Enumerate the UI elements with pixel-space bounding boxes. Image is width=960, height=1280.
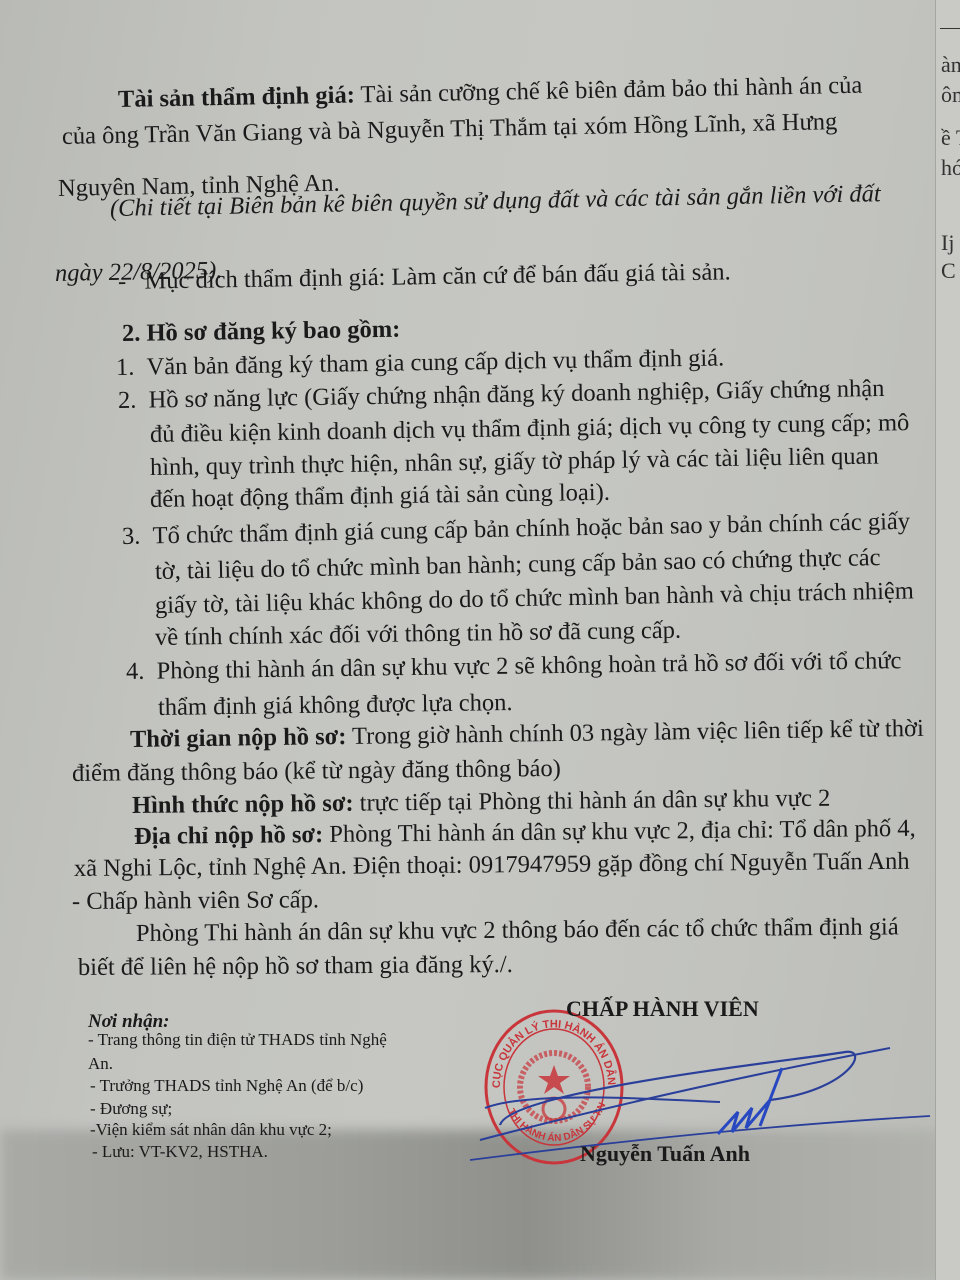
dossier-item-2-line-2: đủ điều kiện kinh doanh dịch vụ thẩm địn…	[150, 411, 910, 447]
submission-address-text: Phòng Thi hành án dân sự khu vực 2, địa …	[323, 815, 916, 848]
recipient-5: - Lưu: VT-KV2, HSTHA.	[92, 1143, 268, 1160]
recipient-1b: An.	[88, 1055, 113, 1072]
item-number: 2.	[118, 387, 137, 414]
signer-name: Nguyễn Tuấn Anh	[580, 1143, 750, 1165]
closing-line-1: Phòng Thi hành án dân sự khu vực 2 thông…	[136, 915, 899, 946]
signature-title: CHẤP HÀNH VIÊN	[566, 998, 759, 1020]
asset-line-2: của ông Trần Văn Giang và bà Nguyễn Thị …	[62, 110, 838, 149]
recipient-2: - Trưởng THADS tỉnh Nghệ An (để b/c)	[90, 1077, 363, 1094]
document-page: Tài sản thẩm định giá: Tài sản cưỡng chế…	[0, 0, 935, 1280]
item-number: 4.	[126, 658, 145, 685]
submission-address-line-2: xã Nghi Lộc, tỉnh Nghệ An. Điện thoại: 0…	[74, 850, 910, 882]
adjacent-page-edge: àn ôm ề T hó Ij C	[935, 0, 960, 1280]
dossier-item-4-line-2: thẩm định giá không được lựa chọn.	[158, 691, 513, 720]
edge-fragment: C	[941, 258, 956, 284]
dossier-item-2-line-3: hình, quy trình thực hiện, nhân sự, giấy…	[150, 445, 879, 481]
dossier-item-3: 3. Tổ chức thẩm định giá cung cấp bản ch…	[122, 510, 910, 550]
submission-method-text: trực tiếp tại Phòng thi hành án dân sự k…	[353, 785, 830, 817]
submission-method-line: Hình thức nộp hồ sơ: trực tiếp tại Phòng…	[132, 787, 831, 819]
edge-fragment: ôm	[941, 82, 960, 108]
item-text: Phòng thi hành án dân sự khu vực 2 sẽ kh…	[156, 647, 901, 684]
dossier-heading: 2. Hồ sơ đăng ký bao gồm:	[122, 318, 401, 347]
submission-time-line-1: Thời gian nộp hồ sơ: Trong giờ hành chín…	[130, 717, 924, 753]
dossier-item-1: 1. Văn bản đăng ký tham gia cung cấp dịc…	[116, 346, 725, 380]
item-text: Hồ sơ năng lực (Giấy chứng nhận đăng ký …	[148, 375, 884, 414]
recipient-3: - Đương sự;	[90, 1100, 172, 1117]
submission-time-line-2: điểm đăng thông báo (kể từ ngày đăng thô…	[72, 757, 561, 787]
dossier-item-2: 2. Hồ sơ năng lực (Giấy chứng nhận đăng …	[118, 377, 885, 414]
dossier-item-4: 4. Phòng thi hành án dân sự khu vực 2 sẽ…	[126, 649, 902, 684]
asset-line-1: Tài sản thẩm định giá: Tài sản cưỡng chế…	[118, 74, 863, 113]
dossier-item-2-line-4: đến hoạt động thẩm định giá tài sản cùng…	[150, 481, 610, 513]
edge-fragment: àn	[941, 52, 960, 78]
dossier-item-3-line-3: giấy tờ, tài liệu khác không do do tổ ch…	[155, 579, 914, 618]
recipient-1: - Trang thông tin điện tử THADS tỉnh Ngh…	[88, 1031, 387, 1048]
purpose-text: Mục đích thẩm định giá: Làm căn cứ để bá…	[144, 258, 730, 294]
submission-time-text: Trong giờ hành chính 03 ngày làm việc li…	[346, 715, 924, 750]
edge-fragment: ề T	[941, 125, 960, 151]
edge-fragment: hó	[941, 155, 960, 181]
submission-address-line-3: - Chấp hành viên Sơ cấp.	[72, 888, 319, 914]
asset-text-1: Tài sản cưỡng chế kê biên đảm bảo thi hà…	[355, 72, 863, 109]
dossier-item-3-line-4: về tính chính xác đối với thông tin hồ s…	[155, 619, 681, 651]
edge-fragment: Ij	[941, 230, 954, 256]
closing-line-2: biết để liên hệ nộp hồ sơ tham gia đăng …	[78, 953, 513, 981]
item-text: Văn bản đăng ký tham gia cung cấp dịch v…	[146, 344, 724, 380]
item-number: 3.	[122, 523, 141, 550]
item-text: Tổ chức thẩm định giá cung cấp bản chính…	[152, 508, 910, 550]
submission-method-label: Hình thức nộp hồ sơ:	[132, 790, 354, 819]
submission-address-label: Địa chỉ nộp hồ sơ:	[134, 821, 323, 850]
submission-time-label: Thời gian nộp hồ sơ:	[130, 723, 347, 753]
recipient-4: -Viện kiểm sát nhân dân khu vực 2;	[90, 1121, 332, 1138]
edge-rule	[940, 28, 960, 29]
asset-label: Tài sản thẩm định giá:	[118, 81, 355, 113]
item-number: 1.	[116, 354, 135, 381]
purpose-bullet: -	[118, 268, 127, 295]
recipients-title: Nơi nhận:	[88, 1012, 169, 1031]
dossier-item-3-line-2: tờ, tài liệu do tổ chức mình ban hành; c…	[155, 546, 881, 584]
submission-address-line-1: Địa chỉ nộp hồ sơ: Phòng Thi hành án dân…	[134, 817, 916, 850]
